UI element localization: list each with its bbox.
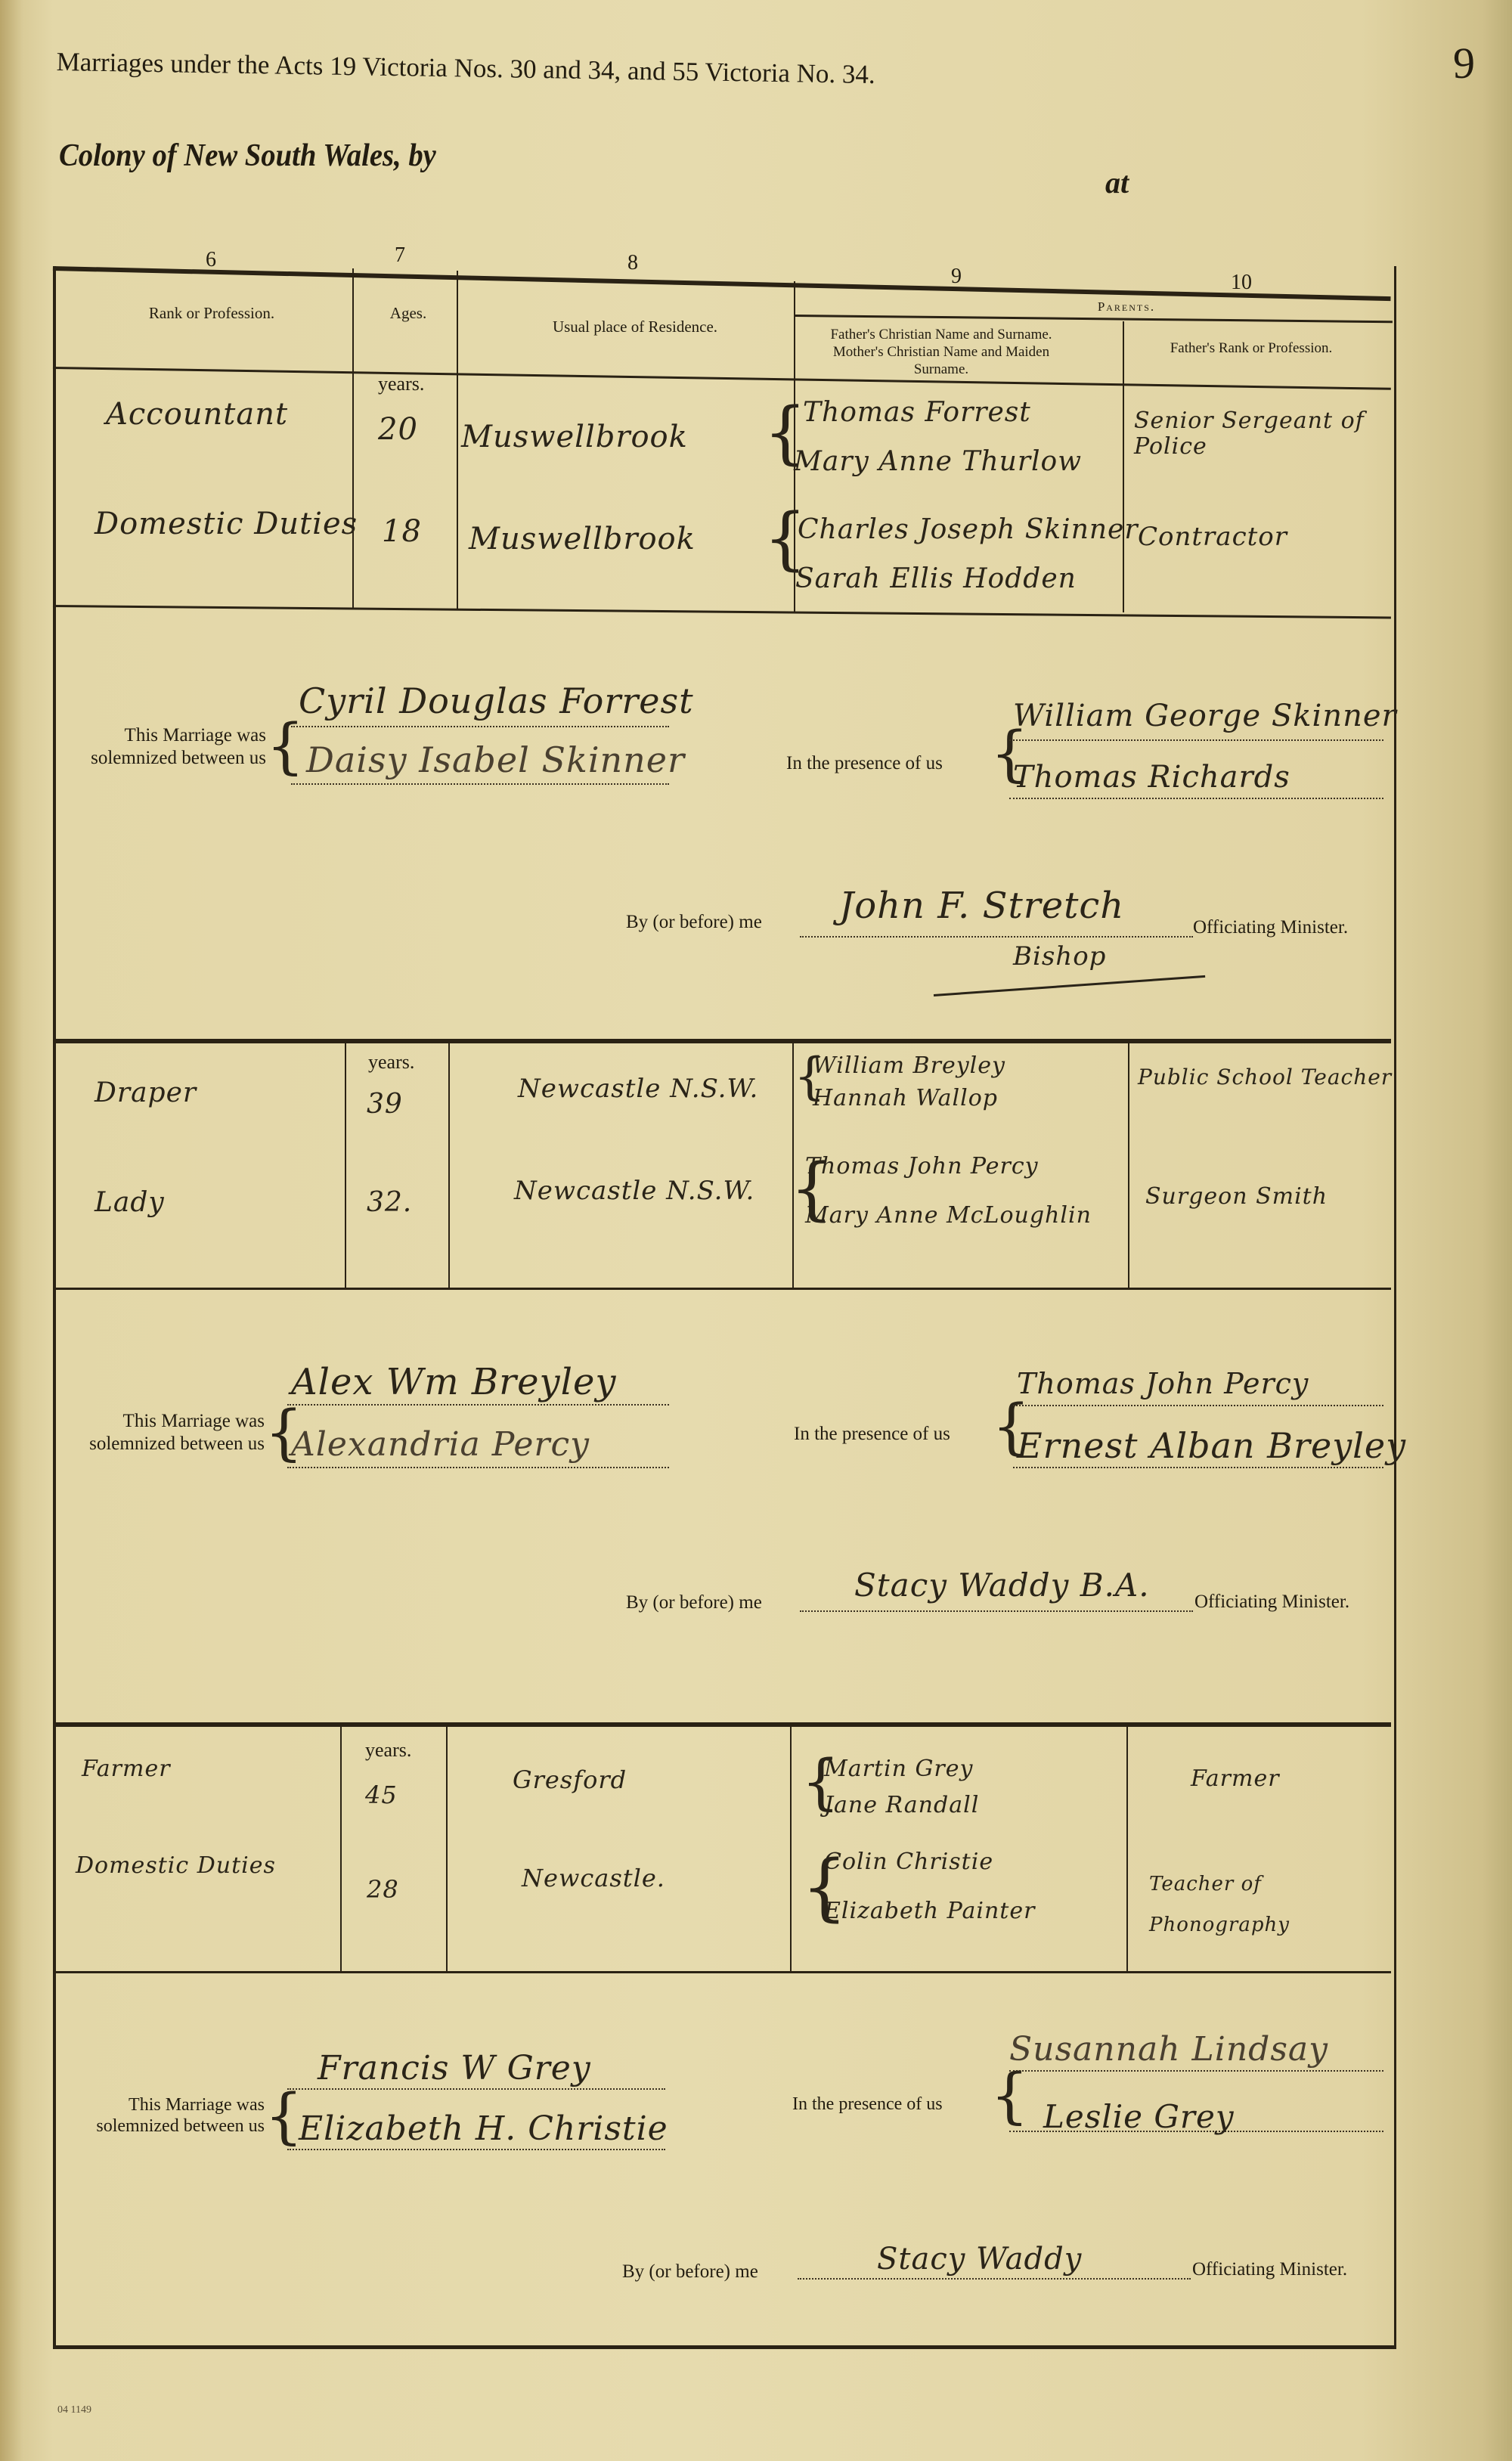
by-before-label: By (or before) me <box>626 1592 762 1614</box>
entry-separator <box>53 1039 1391 1043</box>
groom-father-rank: Public School Teacher <box>1138 1065 1392 1089</box>
witness-line <box>1009 798 1383 799</box>
groom-rank: Farmer <box>82 1756 171 1782</box>
witness-2-signature: Thomas Richards <box>1013 760 1290 795</box>
witness-line <box>1009 739 1383 741</box>
brace-icon: { <box>265 2081 303 2151</box>
years-label: years. <box>365 1739 411 1762</box>
signature-line <box>287 2088 665 2090</box>
header-parents-names: Father's Christian Name and Surname. Mot… <box>805 327 1077 378</box>
witness-2-signature: Leslie Grey <box>1043 2098 1235 2135</box>
by-before-label: By (or before) me <box>626 911 762 934</box>
colony-heading: Colony of New South Wales, by <box>59 138 436 174</box>
years-label: years. <box>378 373 424 395</box>
page-number: 9 <box>1453 38 1475 88</box>
bride-father-rank: Contractor <box>1138 522 1287 552</box>
bride-age: 32. <box>367 1187 412 1218</box>
bride-father-name: Charles Joseph Skinner <box>798 514 1139 545</box>
minister-signature: Stacy Waddy B.A. <box>854 1567 1150 1604</box>
groom-mother-name: Mary Anne Thurlow <box>794 446 1082 477</box>
presence-label: In the presence of us <box>794 1423 950 1446</box>
groom-father-name: Thomas Forrest <box>803 397 1031 428</box>
bride-rank: Domestic Duties <box>94 507 358 541</box>
signature-line <box>291 726 669 727</box>
col-divider <box>1123 321 1124 612</box>
bride-residence: Newcastle. <box>522 1864 665 1892</box>
groom-residence: Gresford <box>513 1765 627 1794</box>
groom-age: 45 <box>365 1781 398 1809</box>
groom-mother-name: Hannah Wallop <box>813 1085 998 1111</box>
bride-signature: Daisy Isabel Skinner <box>306 739 685 780</box>
col-divider <box>345 1042 346 1288</box>
entry-divider <box>53 1288 1391 1290</box>
presence-label: In the presence of us <box>786 752 943 775</box>
col-divider <box>446 1725 448 1971</box>
minister-signature: Stacy Waddy <box>877 2242 1082 2277</box>
col-divider <box>340 1725 342 1971</box>
bride-signature: Alexandria Percy <box>291 1425 590 1464</box>
bride-father-rank: Teacher of Phonography <box>1142 1864 1346 1945</box>
minister-line <box>798 2278 1191 2280</box>
solemnized-label: This Marriage was solemnized between us <box>45 1410 265 1455</box>
solemnized-line-1: This Marriage was <box>45 1410 265 1433</box>
minister-line <box>800 936 1193 938</box>
groom-residence: Newcastle N.S.W. <box>518 1074 758 1104</box>
signature-line <box>291 783 669 785</box>
years-label: years. <box>368 1051 414 1074</box>
solemnized-line-2: solemnized between us <box>45 1433 265 1455</box>
signature-line <box>287 2149 665 2150</box>
witness-2-signature: Ernest Alban Breyley <box>1017 1425 1406 1466</box>
groom-rank: Draper <box>94 1077 197 1108</box>
bride-mother-name: Elizabeth Painter <box>824 1898 1035 1924</box>
officiating-label: Officiating Minister. <box>1192 2258 1347 2281</box>
solemnized-line-1: This Marriage was <box>45 724 266 747</box>
witness-1-signature: Thomas John Percy <box>1017 1367 1309 1400</box>
groom-age: 20 <box>378 412 418 447</box>
solemnized-label: This Marriage was solemnized between us <box>45 724 266 770</box>
header-parents: Parents. <box>1028 299 1225 315</box>
bride-signature: Elizabeth H. Christie <box>299 2109 668 2148</box>
header-father-rank: Father's Rank or Profession. <box>1126 340 1376 358</box>
col-divider <box>790 1725 792 1971</box>
groom-age: 39 <box>367 1089 403 1120</box>
minister-signature: John F. Stretch <box>839 885 1124 927</box>
minister-line <box>800 1610 1193 1612</box>
groom-father-name: William Breyley <box>813 1052 1005 1079</box>
bride-age: 28 <box>367 1875 399 1904</box>
bride-father-name: Colin Christie <box>824 1849 993 1875</box>
groom-signature: Alex Wm Breyley <box>291 1361 616 1403</box>
bride-rank: Lady <box>94 1187 165 1218</box>
minister-title: Bishop <box>1013 941 1106 972</box>
groom-residence: Muswellbrook <box>461 420 688 454</box>
witness-1-signature: Susannah Lindsay <box>1009 2030 1328 2069</box>
print-code: 04 1149 <box>57 2404 91 2416</box>
bride-residence: Newcastle N.S.W. <box>514 1176 754 1206</box>
header-ages: Ages. <box>370 304 446 323</box>
page-title: Marriages under the Acts 19 Victoria Nos… <box>56 47 875 90</box>
col-divider <box>352 268 354 609</box>
header-residence: Usual place of Residence. <box>514 318 756 336</box>
groom-father-rank: Farmer <box>1191 1765 1280 1792</box>
col-divider <box>1128 1042 1129 1288</box>
bride-mother-name: Sarah Ellis Hodden <box>795 563 1077 594</box>
groom-signature: Francis W Grey <box>318 2049 591 2088</box>
officiating-label: Officiating Minister. <box>1194 1591 1349 1613</box>
entry-separator <box>53 1722 1391 1727</box>
col-divider <box>448 1042 450 1288</box>
bride-age: 18 <box>382 514 422 549</box>
witness-line <box>1013 1405 1383 1406</box>
by-before-label: By (or before) me <box>622 2261 758 2283</box>
at-label: at <box>1105 165 1129 200</box>
column-number-7: 7 <box>395 243 405 268</box>
witness-1-signature: William George Skinner <box>1013 699 1397 733</box>
groom-mother-name: Jane Randall <box>824 1792 979 1818</box>
solemnized-line-2: solemnized between us <box>45 747 266 770</box>
groom-father-rank: Senior Sergeant of Police <box>1134 408 1376 460</box>
witness-line <box>1009 2070 1383 2072</box>
signature-line <box>287 1467 669 1468</box>
entry-divider <box>53 1971 1391 1973</box>
groom-rank: Accountant <box>106 397 288 432</box>
solemnized-line-2: solemnized between us <box>45 2115 265 2137</box>
groom-signature: Cyril Douglas Forrest <box>299 680 694 721</box>
col-divider <box>1126 1725 1128 1971</box>
solemnized-label: This Marriage was solemnized between us <box>45 2094 265 2137</box>
bride-father-name: Thomas John Percy <box>805 1153 1039 1179</box>
groom-father-name: Martin Grey <box>824 1756 973 1782</box>
officiating-label: Officiating Minister. <box>1193 916 1348 939</box>
bride-mother-name: Mary Anne McLoughlin <box>805 1202 1092 1229</box>
header-rank: Rank or Profession. <box>91 304 333 323</box>
presence-label: In the presence of us <box>792 2093 943 2115</box>
bride-rank: Domestic Duties <box>76 1852 276 1879</box>
bride-residence: Muswellbrook <box>469 522 696 556</box>
bride-father-rank: Surgeon Smith <box>1145 1183 1328 1210</box>
signature-line <box>287 1404 669 1406</box>
solemnized-line-1: This Marriage was <box>45 2094 265 2115</box>
col-divider <box>457 271 458 609</box>
witness-line <box>1013 1467 1383 1468</box>
